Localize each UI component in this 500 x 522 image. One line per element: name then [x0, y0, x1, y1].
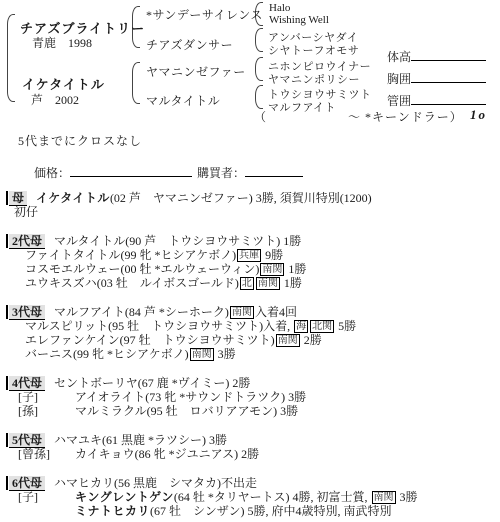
- record-line: 5代母ハマユキ(61 黒鹿 *ラツシー) 3勝: [6, 433, 500, 447]
- parents-bracket: [7, 14, 15, 102]
- ggp-name-4: シヤトーフオモサ: [268, 42, 359, 58]
- family-line-text: ～ *キーンドラー）: [348, 108, 463, 125]
- region-badge: 南関: [260, 263, 284, 276]
- family-paren-open: （: [254, 108, 266, 125]
- record-line: 母イケタイトル(02 芦 ヤマニンゼファー) 3勝, 須賀川特別(1200): [6, 191, 500, 205]
- kinship-label: [孫]: [18, 404, 75, 418]
- record-group: 5代母ハマユキ(61 黒鹿 *ラツシー) 3勝[曾孫]カイキョウ(86 牝 *ジ…: [0, 433, 500, 461]
- record-text: 入着4回: [255, 305, 297, 319]
- record-text: ファイトタイトル(99 牝 *ヒシアケボノ): [25, 248, 236, 262]
- record-text: コスモエルウェー(00 牡 *エルウェーウィン): [25, 262, 259, 276]
- buyer-fill-line: [245, 163, 303, 177]
- generation-label: 2代母: [9, 234, 45, 249]
- record-line: バーニス(99 牝 *ヒシアケボノ)南関 3勝: [25, 347, 500, 361]
- generation-label: 4代母: [9, 376, 45, 391]
- record-text: マルスピリット(95 牡 トウシヨウサミツト)入着,: [25, 319, 293, 333]
- cannon-label: 管囲: [387, 94, 411, 108]
- record-line: [曾孫]カイキョウ(86 牝 *ジユニアス) 2勝: [18, 447, 500, 461]
- cross-note: 5代までにクロスなし: [18, 132, 500, 149]
- record-text: 1勝: [285, 262, 306, 276]
- record-text: マルフアイト(84 芦 *シーホーク): [54, 305, 229, 319]
- record-group: 3代母マルフアイト(84 芦 *シーホーク)南関入着4回マルスピリット(95 牡…: [0, 305, 500, 361]
- kinship-label: [子]: [18, 390, 75, 404]
- record-line: [子]キングレントゲン(64 牡 *タリヤートス) 4勝, 初富士賞, 南関 3…: [18, 490, 500, 504]
- ggp-name-1: Halo: [269, 2, 290, 14]
- dam-dam-name: マルタイトル: [146, 92, 220, 109]
- record-group: 2代母マルタイトル(90 芦 トウシヨウサミツト) 1勝ファイトタイトル(99 …: [0, 234, 500, 290]
- dam-parents-bracket: [132, 62, 140, 104]
- record-line: 4代母セントボーリヤ(67 鹿 *ヴイミー) 2勝: [6, 376, 500, 390]
- record-text: 3勝: [397, 490, 418, 504]
- dam-color-year: 芦 2002: [31, 91, 79, 108]
- sire-color-year: 青鹿 1998: [32, 34, 92, 51]
- record-text: 2勝: [301, 333, 322, 347]
- record-line: ユウキスズハ(03 牡 ルイボスゴールド)北南関 1勝: [25, 276, 500, 290]
- record-text: 1勝: [281, 276, 302, 290]
- sire-sire-name: *サンデーサイレンス: [146, 6, 263, 23]
- record-group: 4代母セントボーリヤ(67 鹿 *ヴイミー) 2勝[子]アイオライト(73 牝 …: [0, 376, 500, 418]
- record-text: 3勝: [215, 347, 236, 361]
- record-group: 母イケタイトル(02 芦 ヤマニンゼファー) 3勝, 須賀川特別(1200)初仔: [0, 191, 500, 219]
- mare-records: 母イケタイトル(02 芦 ヤマニンゼファー) 3勝, 須賀川特別(1200)初仔…: [0, 191, 500, 518]
- family-number: 1o: [470, 107, 487, 123]
- ggp-name-6: ヤマニンポリシー: [268, 71, 360, 87]
- record-text: アイオライト(73 牝 *サウンドトラツク) 3勝: [75, 390, 306, 404]
- pedigree-catalog-page: { "pedigree": { "sire": { "name": "チアズブラ…: [0, 0, 500, 522]
- record-text: ハマユキ(61 黒鹿 *ラツシー) 3勝: [54, 433, 227, 447]
- region-badge: 北関: [310, 320, 334, 333]
- generation-label: 母: [9, 191, 27, 206]
- record-line: [孫]マルミラクル(95 牡 ロバリアアモン) 3勝: [18, 404, 500, 418]
- kinship-label: [曾孫]: [18, 447, 75, 461]
- generation-label: 5代母: [9, 433, 45, 448]
- region-badge: 南関: [190, 348, 214, 361]
- record-line: コスモエルウェー(00 牡 *エルウェーウィン)南関 1勝: [25, 262, 500, 276]
- region-badge: 南関: [372, 491, 396, 504]
- generation-label: 3代母: [9, 305, 45, 320]
- record-line: 3代母マルフアイト(84 芦 *シーホーク)南関入着4回: [6, 305, 500, 319]
- record-line: エレファンケイン(97 牡 トウシヨウサミツト)南関 2勝: [25, 333, 500, 347]
- record-text: マルタイトル(90 芦 トウシヨウサミツト) 1勝: [54, 234, 301, 248]
- record-group: 6代母ハマヒカリ(56 黒鹿 シマタカ)不出走[子]キングレントゲン(64 牡 …: [0, 476, 500, 518]
- region-badge: 北: [240, 277, 254, 290]
- horse-name: ミナトヒカリ: [75, 504, 150, 518]
- record-line: 6代母ハマヒカリ(56 黒鹿 シマタカ)不出走: [6, 476, 500, 490]
- record-text: (67 牡 シンザン) 5勝, 府中4歳特別, 南武特別: [150, 504, 391, 518]
- record-text: 5勝: [335, 319, 356, 333]
- horse-name: イケタイトル: [36, 191, 110, 205]
- measurement-chest: 胸囲: [387, 70, 486, 87]
- record-text: (02 芦 ヤマニンゼファー) 3勝, 須賀川特別(1200): [110, 191, 372, 205]
- record-text: カイキョウ(86 牝 *ジユニアス) 2勝: [75, 447, 259, 461]
- record-text: セントボーリヤ(67 鹿 *ヴイミー) 2勝: [54, 376, 250, 390]
- generation-label: 6代母: [9, 476, 45, 491]
- kinship-label: [子]: [18, 490, 75, 504]
- chest-fill-line: [411, 70, 486, 83]
- price-fill-line: [70, 163, 192, 177]
- ggp-name-8: マルフアイト: [268, 99, 336, 115]
- record-line: [子]アイオライト(73 牝 *サウンドトラツク) 3勝: [18, 390, 500, 404]
- region-badge: 南関: [256, 277, 280, 290]
- dam-sire-name: ヤマニンゼファー: [146, 63, 246, 80]
- region-badge: 南関: [230, 306, 254, 319]
- height-label: 体高: [387, 50, 411, 64]
- record-line: ファイトタイトル(99 牝 *ヒシアケボノ)兵庫 9勝: [25, 248, 500, 262]
- record-text: ハマヒカリ(56 黒鹿 シマタカ)不出走: [54, 476, 257, 490]
- buyer-label: 購買者：: [197, 166, 245, 180]
- record-text: マルミラクル(95 牡 ロバリアアモン) 3勝: [75, 404, 298, 418]
- height-fill-line: [411, 48, 486, 61]
- ggp-bracket-2: [255, 28, 263, 52]
- record-text: (64 牡 *タリヤートス) 4勝, 初富士賞,: [174, 490, 371, 504]
- record-text: ユウキスズハ(03 牡 ルイボスゴールド): [25, 276, 239, 290]
- chest-label: 胸囲: [387, 72, 411, 86]
- ggp-bracket-3: [255, 57, 263, 81]
- price-label: 価格：: [34, 166, 70, 180]
- ggp-name-2: Wishing Well: [269, 14, 329, 26]
- record-text: 初仔: [14, 205, 38, 219]
- horse-name: キングレントゲン: [75, 490, 174, 504]
- region-badge: 南関: [276, 334, 300, 347]
- measurement-height: 体高: [387, 48, 486, 65]
- record-text: エレファンケイン(97 牡 トウシヨウサミツト): [25, 333, 275, 347]
- record-line: マルスピリット(95 牡 トウシヨウサミツト)入着, 海北関 5勝: [25, 319, 500, 333]
- record-line: ミナトヒカリ(67 牡 シンザン) 5勝, 府中4歳特別, 南武特別: [18, 504, 500, 518]
- price-row: 価格： 購買者：: [34, 163, 500, 181]
- ggp-bracket-4: [255, 85, 263, 109]
- record-line: 2代母マルタイトル(90 芦 トウシヨウサミツト) 1勝: [6, 234, 500, 248]
- region-badge: 兵庫: [237, 249, 261, 262]
- record-text: 9勝: [262, 248, 283, 262]
- pedigree-chart: チアズブライトリー 青鹿 1998 イケタイトル 芦 2002 *サンデーサイレ…: [0, 0, 500, 128]
- record-line: 初仔: [14, 205, 500, 219]
- record-text: バーニス(99 牝 *ヒシアケボノ): [25, 347, 189, 361]
- region-badge: 海: [294, 320, 308, 333]
- sire-dam-name: チアズダンサー: [146, 36, 233, 53]
- cannon-fill-line: [411, 92, 486, 105]
